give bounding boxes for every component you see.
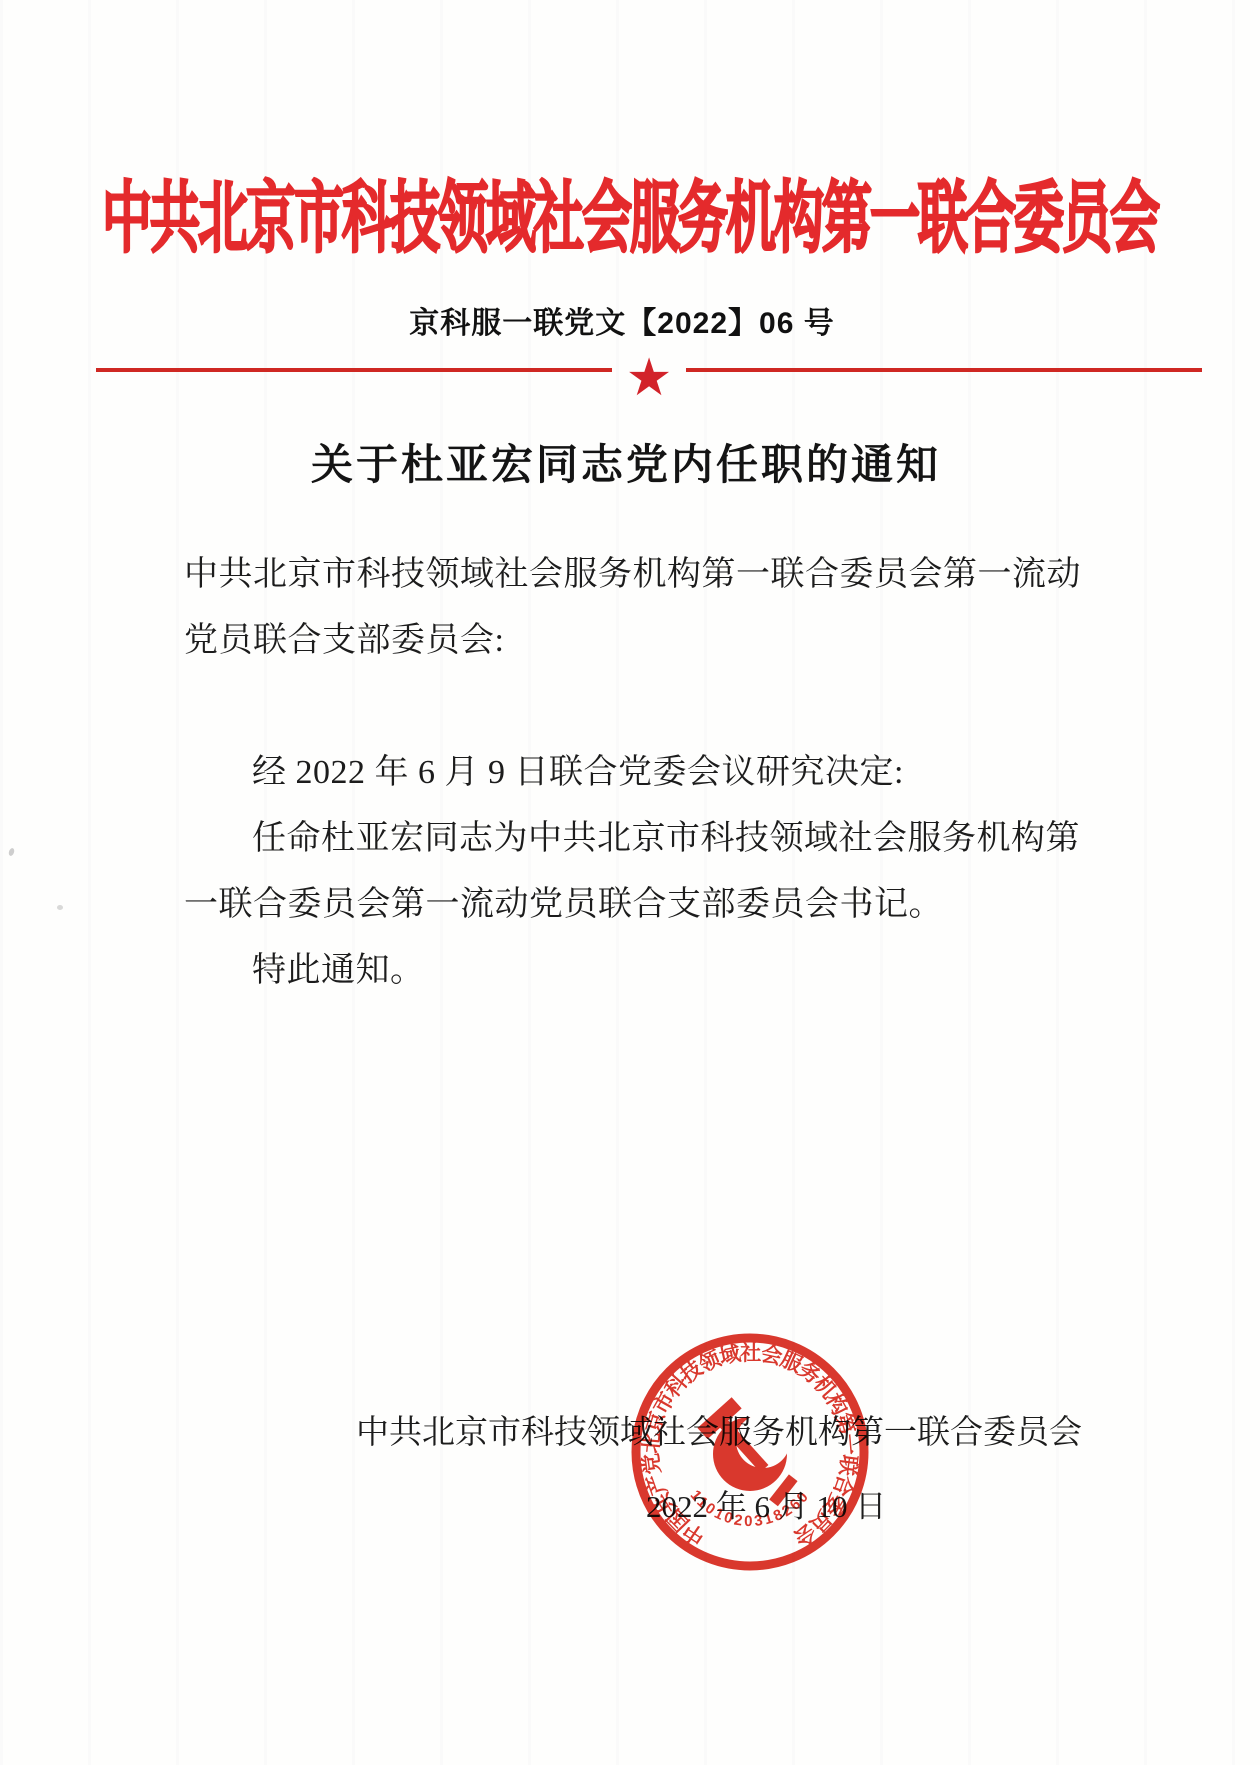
- official-red-seal: 中国共产党北京市科技领域社会服务机构第一联合委员会 1101020318260: [600, 1302, 900, 1602]
- salutation-line-1: 中共北京市科技领域社会服务机构第一联合委员会第一流动: [184, 542, 1084, 608]
- body-closing-line: 特此通知。: [184, 938, 1084, 1004]
- scan-speck: [57, 905, 63, 910]
- body-decision-line: 经 2022 年 6 月 9 日联合党委会议研究决定:: [184, 740, 1084, 806]
- seal-serial-number: 1101020318260: [687, 1487, 814, 1530]
- official-document-page: 中共北京市科技领域社会服务机构第一联合委员会 京科服一联党文【2022】06 号…: [0, 0, 1260, 1765]
- salutation-line-2: 党员联合支部委员会:: [184, 608, 1084, 674]
- letterhead-org-title: 中共北京市科技领域社会服务机构第一联合委员会: [0, 156, 1260, 268]
- document-number: 京科服一联党文【2022】06 号: [0, 298, 1244, 342]
- body-appointment-line-1: 任命杜亚宏同志为中共北京市科技领域社会服务机构第: [184, 806, 1084, 872]
- seal-serial-curve: 1101020318260: [687, 1487, 814, 1530]
- notice-body: 中共北京市科技领域社会服务机构第一联合委员会第一流动 党员联合支部委员会: 经 …: [184, 542, 1084, 1004]
- star-icon: ★: [626, 353, 673, 405]
- scan-speck: [8, 847, 15, 856]
- body-appointment-line-2: 一联合委员会第一流动党员联合支部委员会书记。: [184, 872, 1084, 938]
- red-divider: ★: [96, 344, 1202, 396]
- notice-title: 关于杜亚宏同志党内任职的通知: [0, 432, 1252, 492]
- divider-rule-left: [96, 368, 612, 373]
- hammer-sickle-icon: [697, 1397, 797, 1506]
- divider-rule-right: [686, 368, 1202, 373]
